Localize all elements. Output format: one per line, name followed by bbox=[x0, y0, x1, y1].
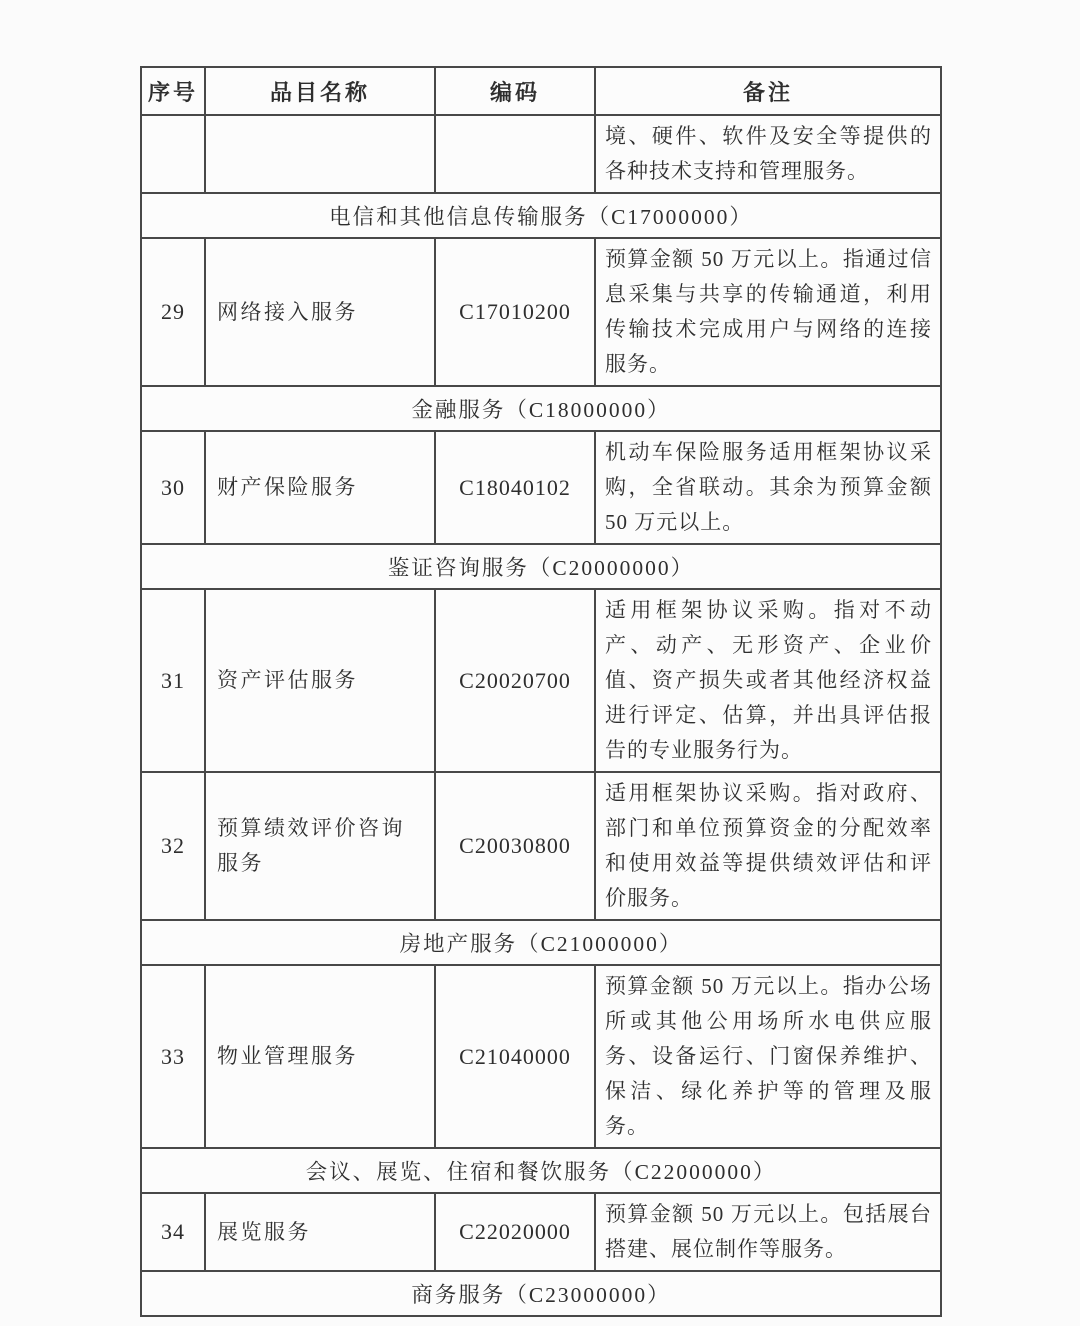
item-name-cell: 资产评估服务 bbox=[205, 589, 435, 772]
item-name-cell: 物业管理服务 bbox=[205, 965, 435, 1148]
code-cell: C22020000 bbox=[435, 1193, 595, 1271]
code-cell: C18040102 bbox=[435, 431, 595, 544]
item-row-31: 31 资产评估服务 C20020700 适用框架协议采购。指对不动产、动产、无形… bbox=[141, 589, 941, 772]
col-header-code: 编码 bbox=[435, 67, 595, 115]
remarks-cell: 预算金额 50 万元以上。包括展台搭建、展位制作等服务。 bbox=[595, 1193, 941, 1271]
remarks-cell: 机动车保险服务适用框架协议采购，全省联动。其余为预算金额 50 万元以上。 bbox=[595, 431, 941, 544]
document-page: 序号 品目名称 编码 备注 境、硬件、软件及安全等提供的各种技术支持和管理服务。… bbox=[0, 0, 1080, 1326]
item-name-cell: 网络接入服务 bbox=[205, 238, 435, 386]
remarks-cell: 适用框架协议采购。指对不动产、动产、无形资产、企业价值、资产损失或者其他经济权益… bbox=[595, 589, 941, 772]
item-row-34: 34 展览服务 C22020000 预算金额 50 万元以上。包括展台搭建、展位… bbox=[141, 1193, 941, 1271]
item-name-cell: 展览服务 bbox=[205, 1193, 435, 1271]
section-label-cell: 电信和其他信息传输服务（C17000000） bbox=[141, 193, 941, 238]
code-cell: C20030800 bbox=[435, 772, 595, 920]
section-label-cell: 房地产服务（C21000000） bbox=[141, 920, 941, 965]
serial-cell: 30 bbox=[141, 431, 205, 544]
remarks-cell: 预算金额 50 万元以上。指办公场所或其他公用场所水电供应服务、设备运行、门窗保… bbox=[595, 965, 941, 1148]
section-row-telecom-services: 电信和其他信息传输服务（C17000000） bbox=[141, 193, 941, 238]
serial-cell: 31 bbox=[141, 589, 205, 772]
section-row-attestation-consulting-services: 鉴证咨询服务（C20000000） bbox=[141, 544, 941, 589]
section-row-real-estate-services: 房地产服务（C21000000） bbox=[141, 920, 941, 965]
code-cell: C21040000 bbox=[435, 965, 595, 1148]
item-name-cell bbox=[205, 115, 435, 193]
continuation-row: 境、硬件、软件及安全等提供的各种技术支持和管理服务。 bbox=[141, 115, 941, 193]
code-cell: C20020700 bbox=[435, 589, 595, 772]
item-name-cell: 预算绩效评价咨询服务 bbox=[205, 772, 435, 920]
item-row-32: 32 预算绩效评价咨询服务 C20030800 适用框架协议采购。指对政府、部门… bbox=[141, 772, 941, 920]
serial-cell: 33 bbox=[141, 965, 205, 1148]
remarks-cell: 预算金额 50 万元以上。指通过信息采集与共享的传输通道，利用传输技术完成用户与… bbox=[595, 238, 941, 386]
item-row-29: 29 网络接入服务 C17010200 预算金额 50 万元以上。指通过信息采集… bbox=[141, 238, 941, 386]
item-row-33: 33 物业管理服务 C21040000 预算金额 50 万元以上。指办公场所或其… bbox=[141, 965, 941, 1148]
table-header-row: 序号 品目名称 编码 备注 bbox=[141, 67, 941, 115]
code-cell: C17010200 bbox=[435, 238, 595, 386]
item-row-30: 30 财产保险服务 C18040102 机动车保险服务适用框架协议采购，全省联动… bbox=[141, 431, 941, 544]
item-name-cell: 财产保险服务 bbox=[205, 431, 435, 544]
col-header-serial: 序号 bbox=[141, 67, 205, 115]
section-row-conference-exhibition-services: 会议、展览、住宿和餐饮服务（C22000000） bbox=[141, 1148, 941, 1193]
serial-cell bbox=[141, 115, 205, 193]
serial-cell: 29 bbox=[141, 238, 205, 386]
section-row-financial-services: 金融服务（C18000000） bbox=[141, 386, 941, 431]
section-row-business-services: 商务服务（C23000000） bbox=[141, 1271, 941, 1316]
serial-cell: 32 bbox=[141, 772, 205, 920]
section-label-cell: 金融服务（C18000000） bbox=[141, 386, 941, 431]
procurement-items-table: 序号 品目名称 编码 备注 境、硬件、软件及安全等提供的各种技术支持和管理服务。… bbox=[140, 66, 942, 1317]
remarks-cell: 适用框架协议采购。指对政府、部门和单位预算资金的分配效率和使用效益等提供绩效评估… bbox=[595, 772, 941, 920]
section-label-cell: 会议、展览、住宿和餐饮服务（C22000000） bbox=[141, 1148, 941, 1193]
col-header-item-name: 品目名称 bbox=[205, 67, 435, 115]
remarks-cell: 境、硬件、软件及安全等提供的各种技术支持和管理服务。 bbox=[595, 115, 941, 193]
code-cell bbox=[435, 115, 595, 193]
col-header-remarks: 备注 bbox=[595, 67, 941, 115]
serial-cell: 34 bbox=[141, 1193, 205, 1271]
section-label-cell: 商务服务（C23000000） bbox=[141, 1271, 941, 1316]
section-label-cell: 鉴证咨询服务（C20000000） bbox=[141, 544, 941, 589]
